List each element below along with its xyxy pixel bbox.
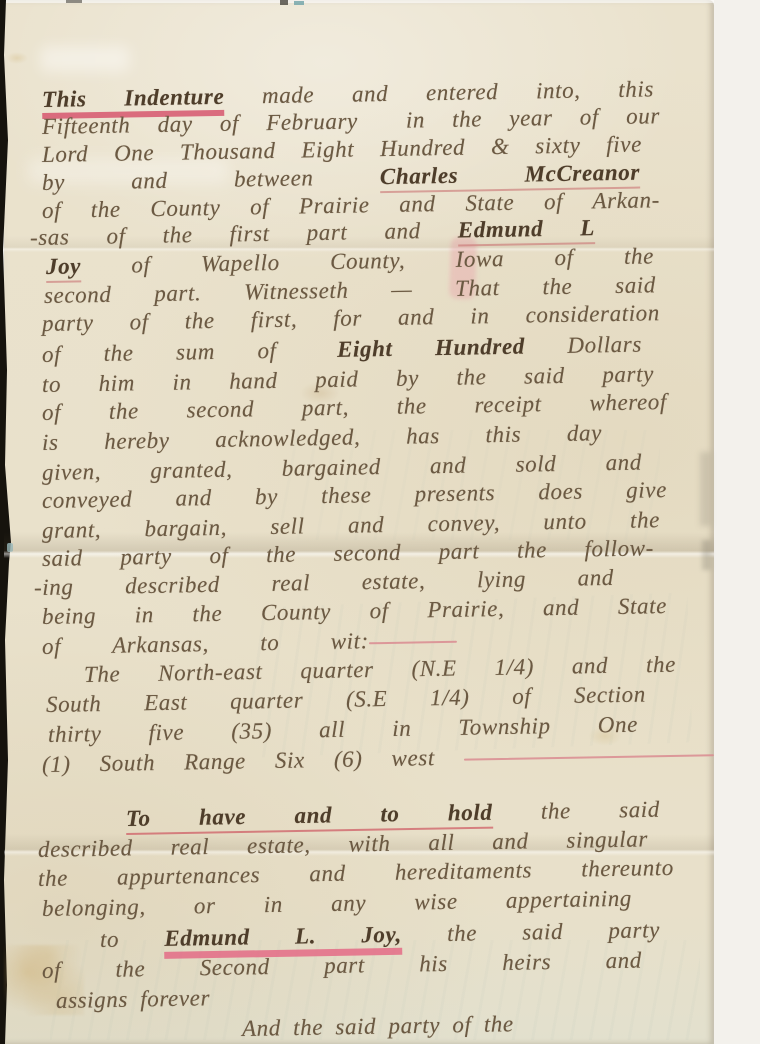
handwriting-gap <box>358 128 406 129</box>
handwriting-text: And the said party of the <box>242 1011 514 1041</box>
document-line: And the said party of the <box>242 1010 514 1044</box>
handwriting-text: Dollars <box>525 332 642 359</box>
handwriting-text: the said <box>492 797 660 825</box>
handwriting-text: the said party <box>402 917 660 947</box>
handwriting-text: in the year of our <box>406 103 660 132</box>
handwriting-text: of the sum of <box>42 337 320 367</box>
handwriting-text: -sas of the first part and <box>30 218 458 250</box>
handwriting-text: to <box>100 926 165 952</box>
red-ink-rule <box>369 641 457 645</box>
handwriting-text: (1) South Range Six (6) west <box>42 745 464 777</box>
handwriting-text: Eight Hundred <box>337 334 525 362</box>
red-underlined-text: Joy <box>46 253 82 283</box>
scanned-document: This Indenture made and entered into, th… <box>0 0 760 1044</box>
text-layer: This Indenture made and entered into, th… <box>0 0 760 1044</box>
handwriting-text: Fifteenth day of February <box>42 108 358 139</box>
red-underlined-text: Edmund L <box>458 215 596 246</box>
handwriting-text: by and between <box>42 164 380 195</box>
handwriting-text: assigns forever <box>56 985 210 1013</box>
document-line: assigns forever <box>56 984 211 1017</box>
red-ink-rule <box>464 754 714 760</box>
handwriting-text: of Arkansas, to wit: <box>42 628 369 659</box>
